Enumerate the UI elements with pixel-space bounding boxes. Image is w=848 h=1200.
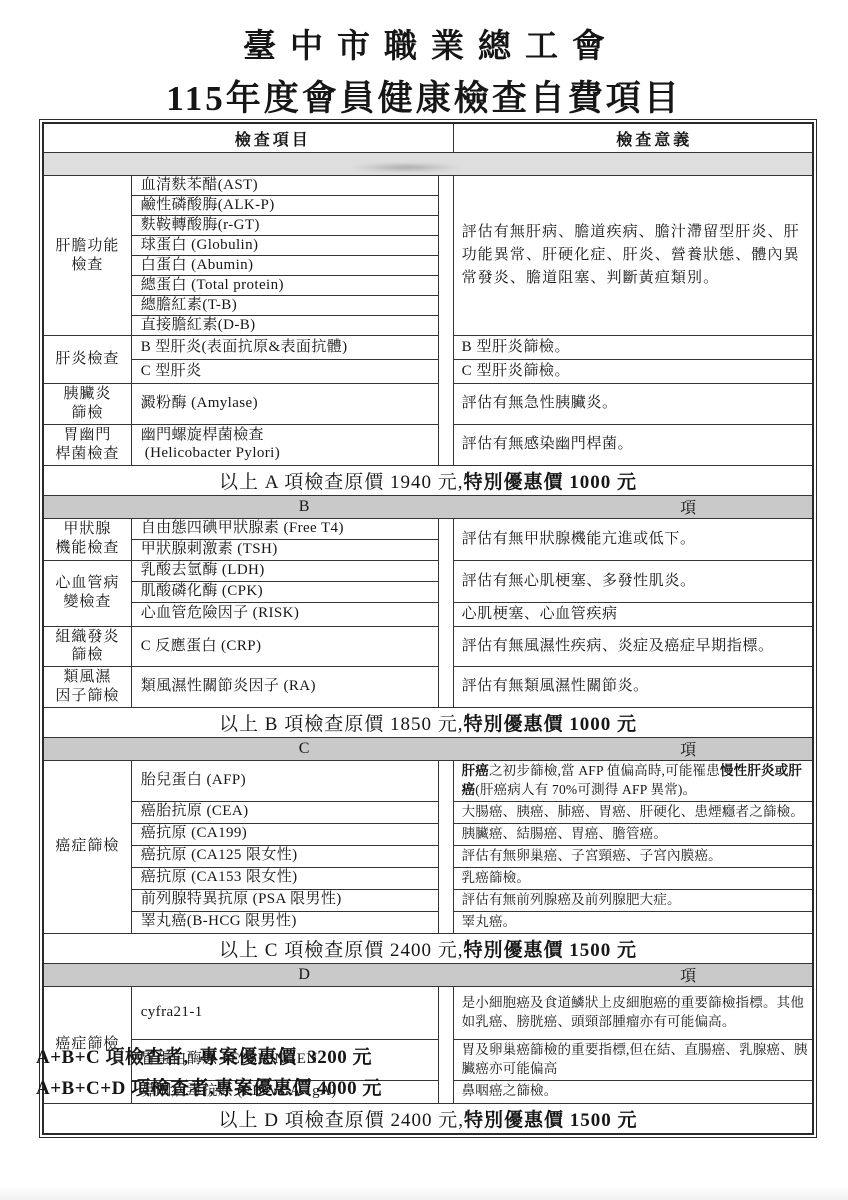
scan-smudge — [351, 163, 461, 172]
category-cell: 類風濕 因子篩檢 — [43, 667, 131, 708]
item-cell: 鹼性磷酸脢(ALK-P) — [131, 196, 438, 216]
meaning-cell: 心肌梗塞、心血管疾病 — [453, 602, 813, 626]
meaning-cell: 評估有無風濕性疾病、炎症及癌症早期指標。 — [453, 626, 813, 667]
item-cell: 直接膽紅素(D-B) — [131, 316, 438, 336]
item-cell: C 型肝炎 — [131, 360, 438, 384]
meaning-cell: 評估有無肝病、膽道疾病、膽汁滯留型肝炎、肝功能異常、肝硬化症、肝炎、營養狀態、體… — [453, 176, 813, 336]
table-row: 組織發炎 篩檢 C 反應蛋白 (CRP) 評估有無風濕性疾病、炎症及癌症早期指標… — [43, 626, 813, 667]
table-row: 癌胎抗原 (CEA) 大腸癌、胰癌、肺癌、胃癌、肝硬化、患煙癮者之篩檢。 — [43, 801, 813, 823]
table-row: 癌抗原 (CA125 限女性) 評估有無卵巢癌、子宮頸癌、子宮內膜癌。 — [43, 845, 813, 867]
page-subtitle: 115年度會員健康檢查自費項目 — [0, 71, 848, 121]
item-cell: B 型肝炎(表面抗原&表面抗體) — [131, 336, 438, 360]
page-title: 臺中市職業總工會 — [0, 20, 848, 67]
meaning-cell: C 型肝炎篩檢。 — [453, 360, 813, 384]
category-cell: 心血管病 變檢查 — [43, 560, 131, 626]
item-cell: 前列腺特異抗原 (PSA 限男性) — [131, 889, 438, 911]
item-cell: 癌胎抗原 (CEA) — [131, 801, 438, 823]
section-c-price-row: 以上 C 項檢查原價 2400 元,特別優惠價 1500 元 — [43, 933, 813, 963]
section-a-left-label — [44, 153, 566, 175]
table-row: 癌抗原 (CA153 限女性) 乳癌篩檢。 — [43, 867, 813, 889]
table-row: 胰臟炎 篩檢 澱粉酶 (Amylase) 評估有無急性胰臟炎。 — [43, 384, 813, 425]
category-cell: 肝膽功能 檢查 — [43, 176, 131, 336]
meaning-cell: 胰臟癌、結腸癌、胃癌、膽管癌。 — [453, 823, 813, 845]
price-original: 以上 D 項檢查原價 2400 元, — [219, 1110, 464, 1131]
table-row: 癌症篩檢 胎兒蛋白 (AFP) 肝癌之初步篩檢,當 AFP 值偏高時,可能罹患慢… — [43, 760, 813, 801]
section-b-right-label: 項 — [566, 496, 812, 518]
section-a-band — [43, 153, 813, 176]
item-cell: 睪丸癌(B-HCG 限男性) — [131, 911, 438, 933]
section-d-left-label: D — [44, 964, 566, 986]
note-abcd-package: A+B+C+D 項檢查者,專案優惠價 4000 元 — [36, 1073, 382, 1104]
meaning-cell: 乳癌篩檢。 — [453, 867, 813, 889]
price-original: 以上 B 項檢查原價 1850 元, — [219, 714, 463, 735]
item-cell: cyfra21-1 — [131, 986, 438, 1039]
table-row: 肝膽功能 檢查 血清麩苯醋(AST) 評估有無肝病、膽道疾病、膽汁滯留型肝炎、肝… — [43, 176, 813, 196]
table-row: 類風濕 因子篩檢 類風濕性關節炎因子 (RA) 評估有無類風濕性關節炎。 — [43, 667, 813, 708]
section-c-right-label: 項 — [566, 738, 812, 760]
header-exam-items: 檢查項目 — [43, 123, 453, 153]
meaning-cell: 評估有無前列腺癌及前列腺肥大症。 — [453, 889, 813, 911]
price-original: 以上 C 項檢查原價 2400 元, — [219, 940, 463, 961]
table-row: 睪丸癌(B-HCG 限男性) 睪丸癌。 — [43, 911, 813, 933]
meaning-cell: 評估有無心肌梗塞、多發性肌炎。 — [453, 560, 813, 602]
meaning-cell: 評估有無卵巢癌、子宮頸癌、子宮內膜癌。 — [453, 845, 813, 867]
section-b-left-label: B — [44, 496, 566, 518]
item-cell: 白蛋白 (Abumin) — [131, 256, 438, 276]
category-cell: 胰臟炎 篩檢 — [43, 384, 131, 425]
meaning-cell: 評估有無甲狀腺機能亢進或低下。 — [453, 518, 813, 560]
meaning-cell: 肝癌之初步篩檢,當 AFP 值偏高時,可能罹患慢性肝炎或肝癌(肝癌病人有 70%… — [453, 760, 813, 801]
section-b-price-row: 以上 B 項檢查原價 1850 元,特別優惠價 1000 元 — [43, 707, 813, 737]
meaning-cell: 鼻咽癌之篩檢。 — [453, 1080, 813, 1103]
health-check-table: 檢查項目 檢查意義 肝膽功能 檢查 血清麩苯醋(AST) 評估有無肝病、膽道疾病… — [39, 119, 817, 1138]
item-cell: 球蛋白 (Globulin) — [131, 236, 438, 256]
meaning-cell: 睪丸癌。 — [453, 911, 813, 933]
table-row: 肝炎檢查 B 型肝炎(表面抗原&表面抗體) B 型肝炎篩檢。 — [43, 336, 813, 360]
meaning-cell: 評估有無急性胰臟炎。 — [453, 384, 813, 425]
category-cell: 肝炎檢查 — [43, 336, 131, 384]
section-a-right-label — [566, 153, 812, 175]
category-cell: 組織發炎 篩檢 — [43, 626, 131, 667]
item-cell: C 反應蛋白 (CRP) — [131, 626, 438, 667]
meaning-cell: 評估有無類風濕性關節炎。 — [453, 667, 813, 708]
header-exam-meaning: 檢查意義 — [453, 123, 813, 153]
price-special: 特別優惠價 1500 元 — [464, 1110, 638, 1131]
footer-notes: A+B+C 項檢查者, 專案優惠價 3200 元 A+B+C+D 項檢查者,專案… — [36, 1042, 382, 1105]
item-cell: 總膽紅素(T-B) — [131, 296, 438, 316]
section-c-left-label: C — [44, 738, 566, 760]
meaning-cell: 評估有無感染幽門桿菌。 — [453, 424, 813, 465]
price-special: 特別優惠價 1500 元 — [463, 940, 637, 961]
item-cell: 澱粉酶 (Amylase) — [131, 384, 438, 425]
meaning-cell: 大腸癌、胰癌、肺癌、胃癌、肝硬化、患煙癮者之篩檢。 — [453, 801, 813, 823]
price-special: 特別優惠價 1000 元 — [463, 714, 637, 735]
item-cell: 類風濕性關節炎因子 (RA) — [131, 667, 438, 708]
section-c-band: C 項 — [43, 737, 813, 760]
table-row: 心血管危險因子 (RISK) 心肌梗塞、心血管疾病 — [43, 602, 813, 626]
price-special: 特別優惠價 1000 元 — [463, 472, 637, 493]
item-cell: 總蛋白 (Total protein) — [131, 276, 438, 296]
item-cell: 肌酸磷化酶 (CPK) — [131, 581, 438, 602]
section-b-band: B 項 — [43, 495, 813, 518]
price-original: 以上 A 項檢查原價 1940 元, — [219, 472, 463, 493]
table-row: C 型肝炎 C 型肝炎篩檢。 — [43, 360, 813, 384]
table-row: 前列腺特異抗原 (PSA 限男性) 評估有無前列腺癌及前列腺肥大症。 — [43, 889, 813, 911]
category-cell: 癌症篩檢 — [43, 760, 131, 933]
meaning-cell: 胃及卵巢癌篩檢的重要指標,但在結、直腸癌、乳腺癌、胰臟癌亦可能偏高 — [453, 1039, 813, 1080]
item-cell: 自由態四碘甲狀腺素 (Free T4) — [131, 518, 438, 539]
meaning-cell: B 型肝炎篩檢。 — [453, 336, 813, 360]
meaning-cell: 是小細胞癌及食道鱗狀上皮細胞癌的重要篩檢指標。其他如乳癌、膀胱癌、頭頸部腫瘤亦有… — [453, 986, 813, 1039]
item-cell: 幽門螺旋桿菌檢查 (Helicobacter Pylori) — [131, 424, 438, 465]
item-cell: 胎兒蛋白 (AFP) — [131, 760, 438, 801]
table-row: 癌症篩檢 cyfra21-1 是小細胞癌及食道鱗狀上皮細胞癌的重要篩檢指標。其他… — [43, 986, 813, 1039]
item-cell: 麩鞍轉酸脢(r-GT) — [131, 216, 438, 236]
section-d-price-row: 以上 D 項檢查原價 2400 元,特別優惠價 1500 元 — [43, 1103, 813, 1134]
item-cell: 癌抗原 (CA199) — [131, 823, 438, 845]
table-row: 胃幽門 桿菌檢查 幽門螺旋桿菌檢查 (Helicobacter Pylori) … — [43, 424, 813, 465]
table-header-row: 檢查項目 檢查意義 — [43, 123, 813, 153]
note-abc-package: A+B+C 項檢查者, 專案優惠價 3200 元 — [36, 1042, 382, 1073]
item-cell: 心血管危險因子 (RISK) — [131, 602, 438, 626]
section-d-band: D 項 — [43, 963, 813, 986]
section-d-right-label: 項 — [566, 964, 812, 986]
table-row: 癌抗原 (CA199) 胰臟癌、結腸癌、胃癌、膽管癌。 — [43, 823, 813, 845]
section-a-price-row: 以上 A 項檢查原價 1940 元,特別優惠價 1000 元 — [43, 465, 813, 495]
scanned-document-page: 臺中市職業總工會 115年度會員健康檢查自費項目 檢查項目 檢查意義 肝膽功能 — [0, 0, 848, 1200]
item-cell: 甲狀腺刺激素 (TSH) — [131, 539, 438, 560]
item-cell: 乳酸去氫酶 (LDH) — [131, 560, 438, 581]
table-row: 心血管病 變檢查 乳酸去氫酶 (LDH) 評估有無心肌梗塞、多發性肌炎。 — [43, 560, 813, 581]
item-cell: 癌抗原 (CA153 限女性) — [131, 867, 438, 889]
table-row: 甲狀腺 機能檢查 自由態四碘甲狀腺素 (Free T4) 評估有無甲狀腺機能亢進… — [43, 518, 813, 539]
category-cell: 甲狀腺 機能檢查 — [43, 518, 131, 560]
item-cell: 癌抗原 (CA125 限女性) — [131, 845, 438, 867]
item-cell: 血清麩苯醋(AST) — [131, 176, 438, 196]
category-cell: 胃幽門 桿菌檢查 — [43, 424, 131, 465]
